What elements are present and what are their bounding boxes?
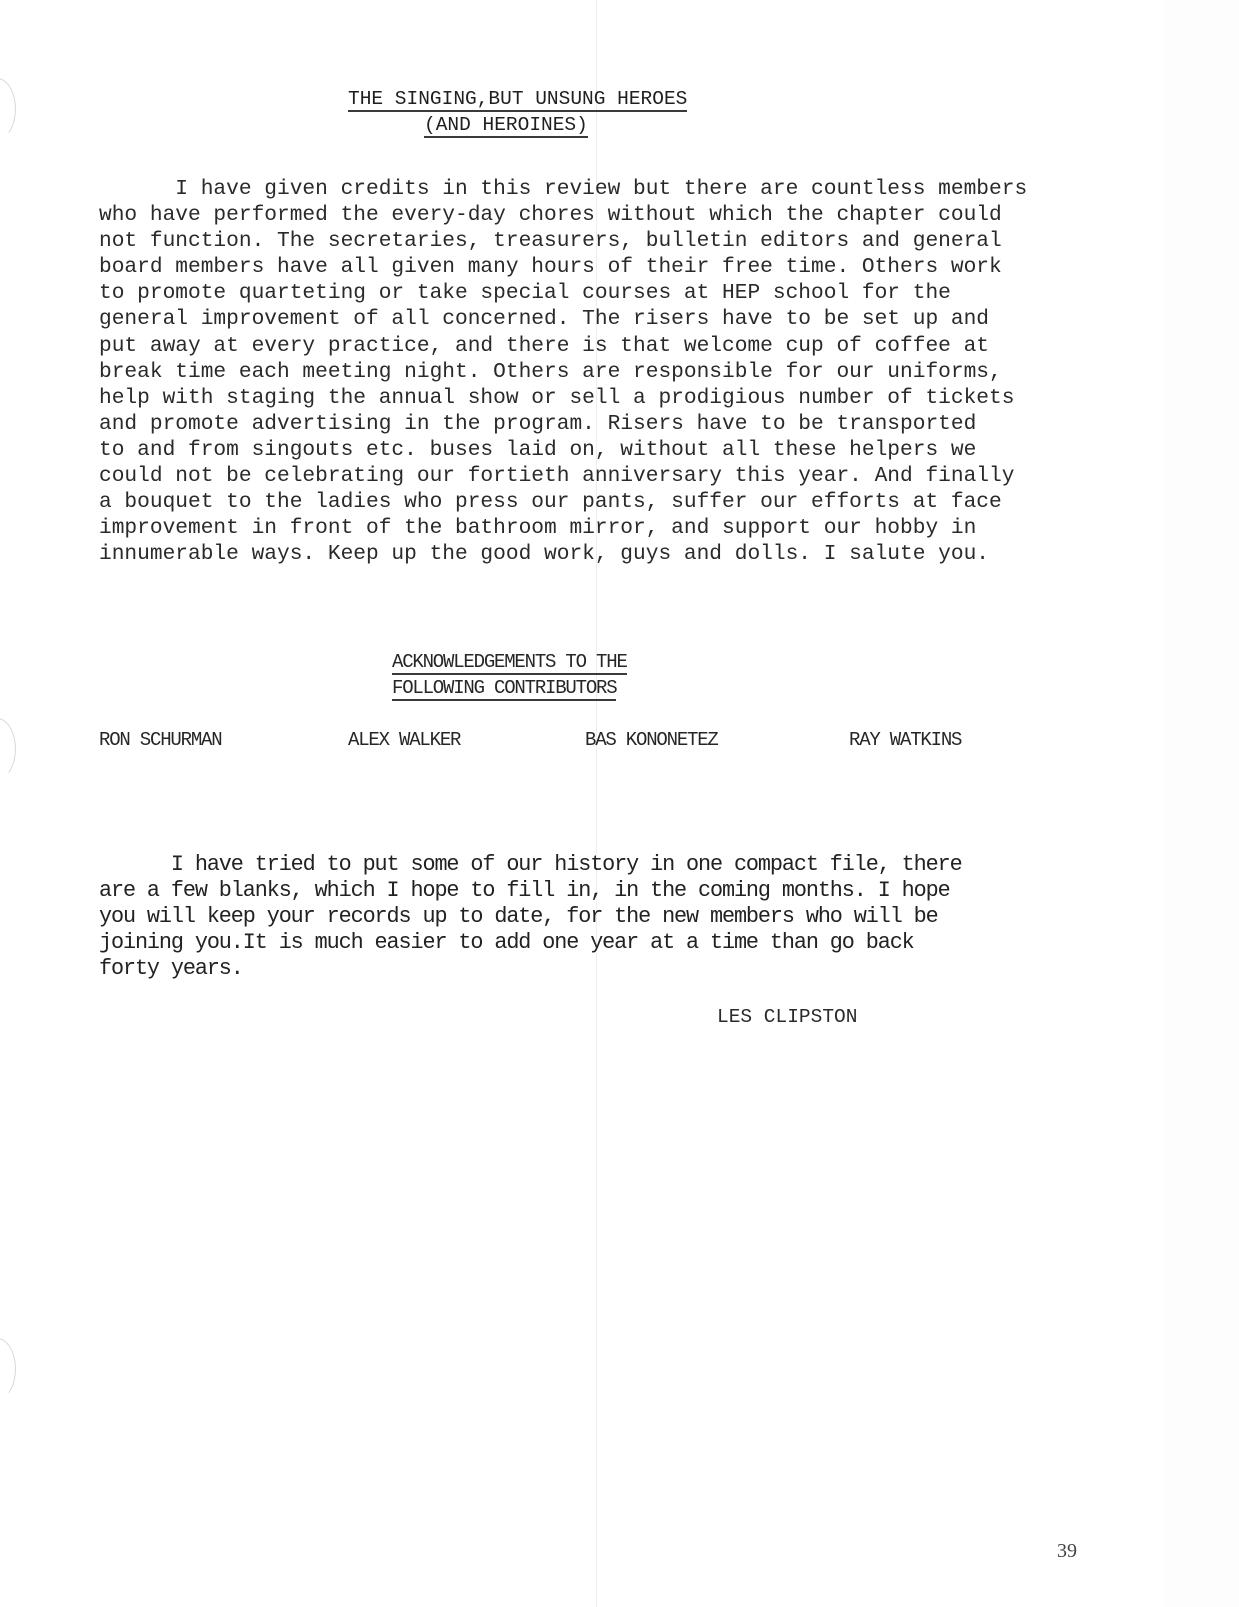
author-signature: LES CLIPSTON — [717, 1006, 857, 1028]
text-line: help with staging the annual show or sel… — [99, 385, 1027, 411]
text-line: are a few blanks, which I hope to fill i… — [99, 878, 962, 904]
text-line: you will keep your records up to date, f… — [99, 904, 962, 930]
title-line: THE SINGING,BUT UNSUNG HEROES — [348, 88, 687, 112]
text-line: improvement in front of the bathroom mir… — [99, 515, 1027, 541]
text-line: board members have all given many hours … — [99, 254, 1027, 280]
text-line: not function. The secretaries, treasurer… — [99, 228, 1027, 254]
contributor-name: RON SCHURMAN — [99, 729, 221, 751]
scan-edge — [1164, 0, 1239, 1607]
closing-paragraph: I have tried to put some of our history … — [99, 852, 962, 982]
acknowledgements-subtitle: FOLLOWING CONTRIBUTORS — [392, 677, 616, 701]
hole-punch-mark — [0, 78, 16, 140]
text-line: who have performed the every-day chores … — [99, 202, 1027, 228]
text-line: put away at every practice, and there is… — [99, 333, 1027, 359]
text-line: a bouquet to the ladies who press our pa… — [99, 489, 1027, 515]
contributor-name: RAY WATKINS — [849, 729, 961, 751]
section-title-heroes: THE SINGING,BUT UNSUNG HEROES — [348, 86, 687, 112]
page-number: 39 — [1057, 1540, 1077, 1563]
section-subtitle-heroines: (AND HEROINES) — [424, 112, 588, 138]
text-line: I have tried to put some of our history … — [99, 852, 962, 878]
heroes-paragraph: I have given credits in this review but … — [99, 176, 1027, 567]
text-line: forty years. — [99, 956, 962, 982]
text-line: to and from singouts etc. buses laid on,… — [99, 437, 1027, 463]
text-line: could not be celebrating our fortieth an… — [99, 463, 1027, 489]
text-line: general improvement of all concerned. Th… — [99, 306, 1027, 332]
contributor-name: BAS KONONETEZ — [585, 729, 718, 751]
text-line: and promote advertising in the program. … — [99, 411, 1027, 437]
title-line: (AND HEROINES) — [424, 114, 588, 138]
text-line: I have given credits in this review but … — [99, 176, 1027, 202]
contributor-name: ALEX WALKER — [348, 729, 460, 751]
hole-punch-mark — [0, 1338, 16, 1400]
acknowledgements-title: ACKNOWLEDGEMENTS TO THE — [392, 651, 627, 675]
title-line: ACKNOWLEDGEMENTS TO THE — [392, 651, 627, 675]
title-line: FOLLOWING CONTRIBUTORS — [392, 677, 616, 701]
text-line: to promote quarteting or take special co… — [99, 280, 1027, 306]
text-line: innumerable ways. Keep up the good work,… — [99, 541, 1027, 567]
hole-punch-mark — [0, 718, 16, 780]
text-line: break time each meeting night. Others ar… — [99, 359, 1027, 385]
text-line: joining you.It is much easier to add one… — [99, 930, 962, 956]
